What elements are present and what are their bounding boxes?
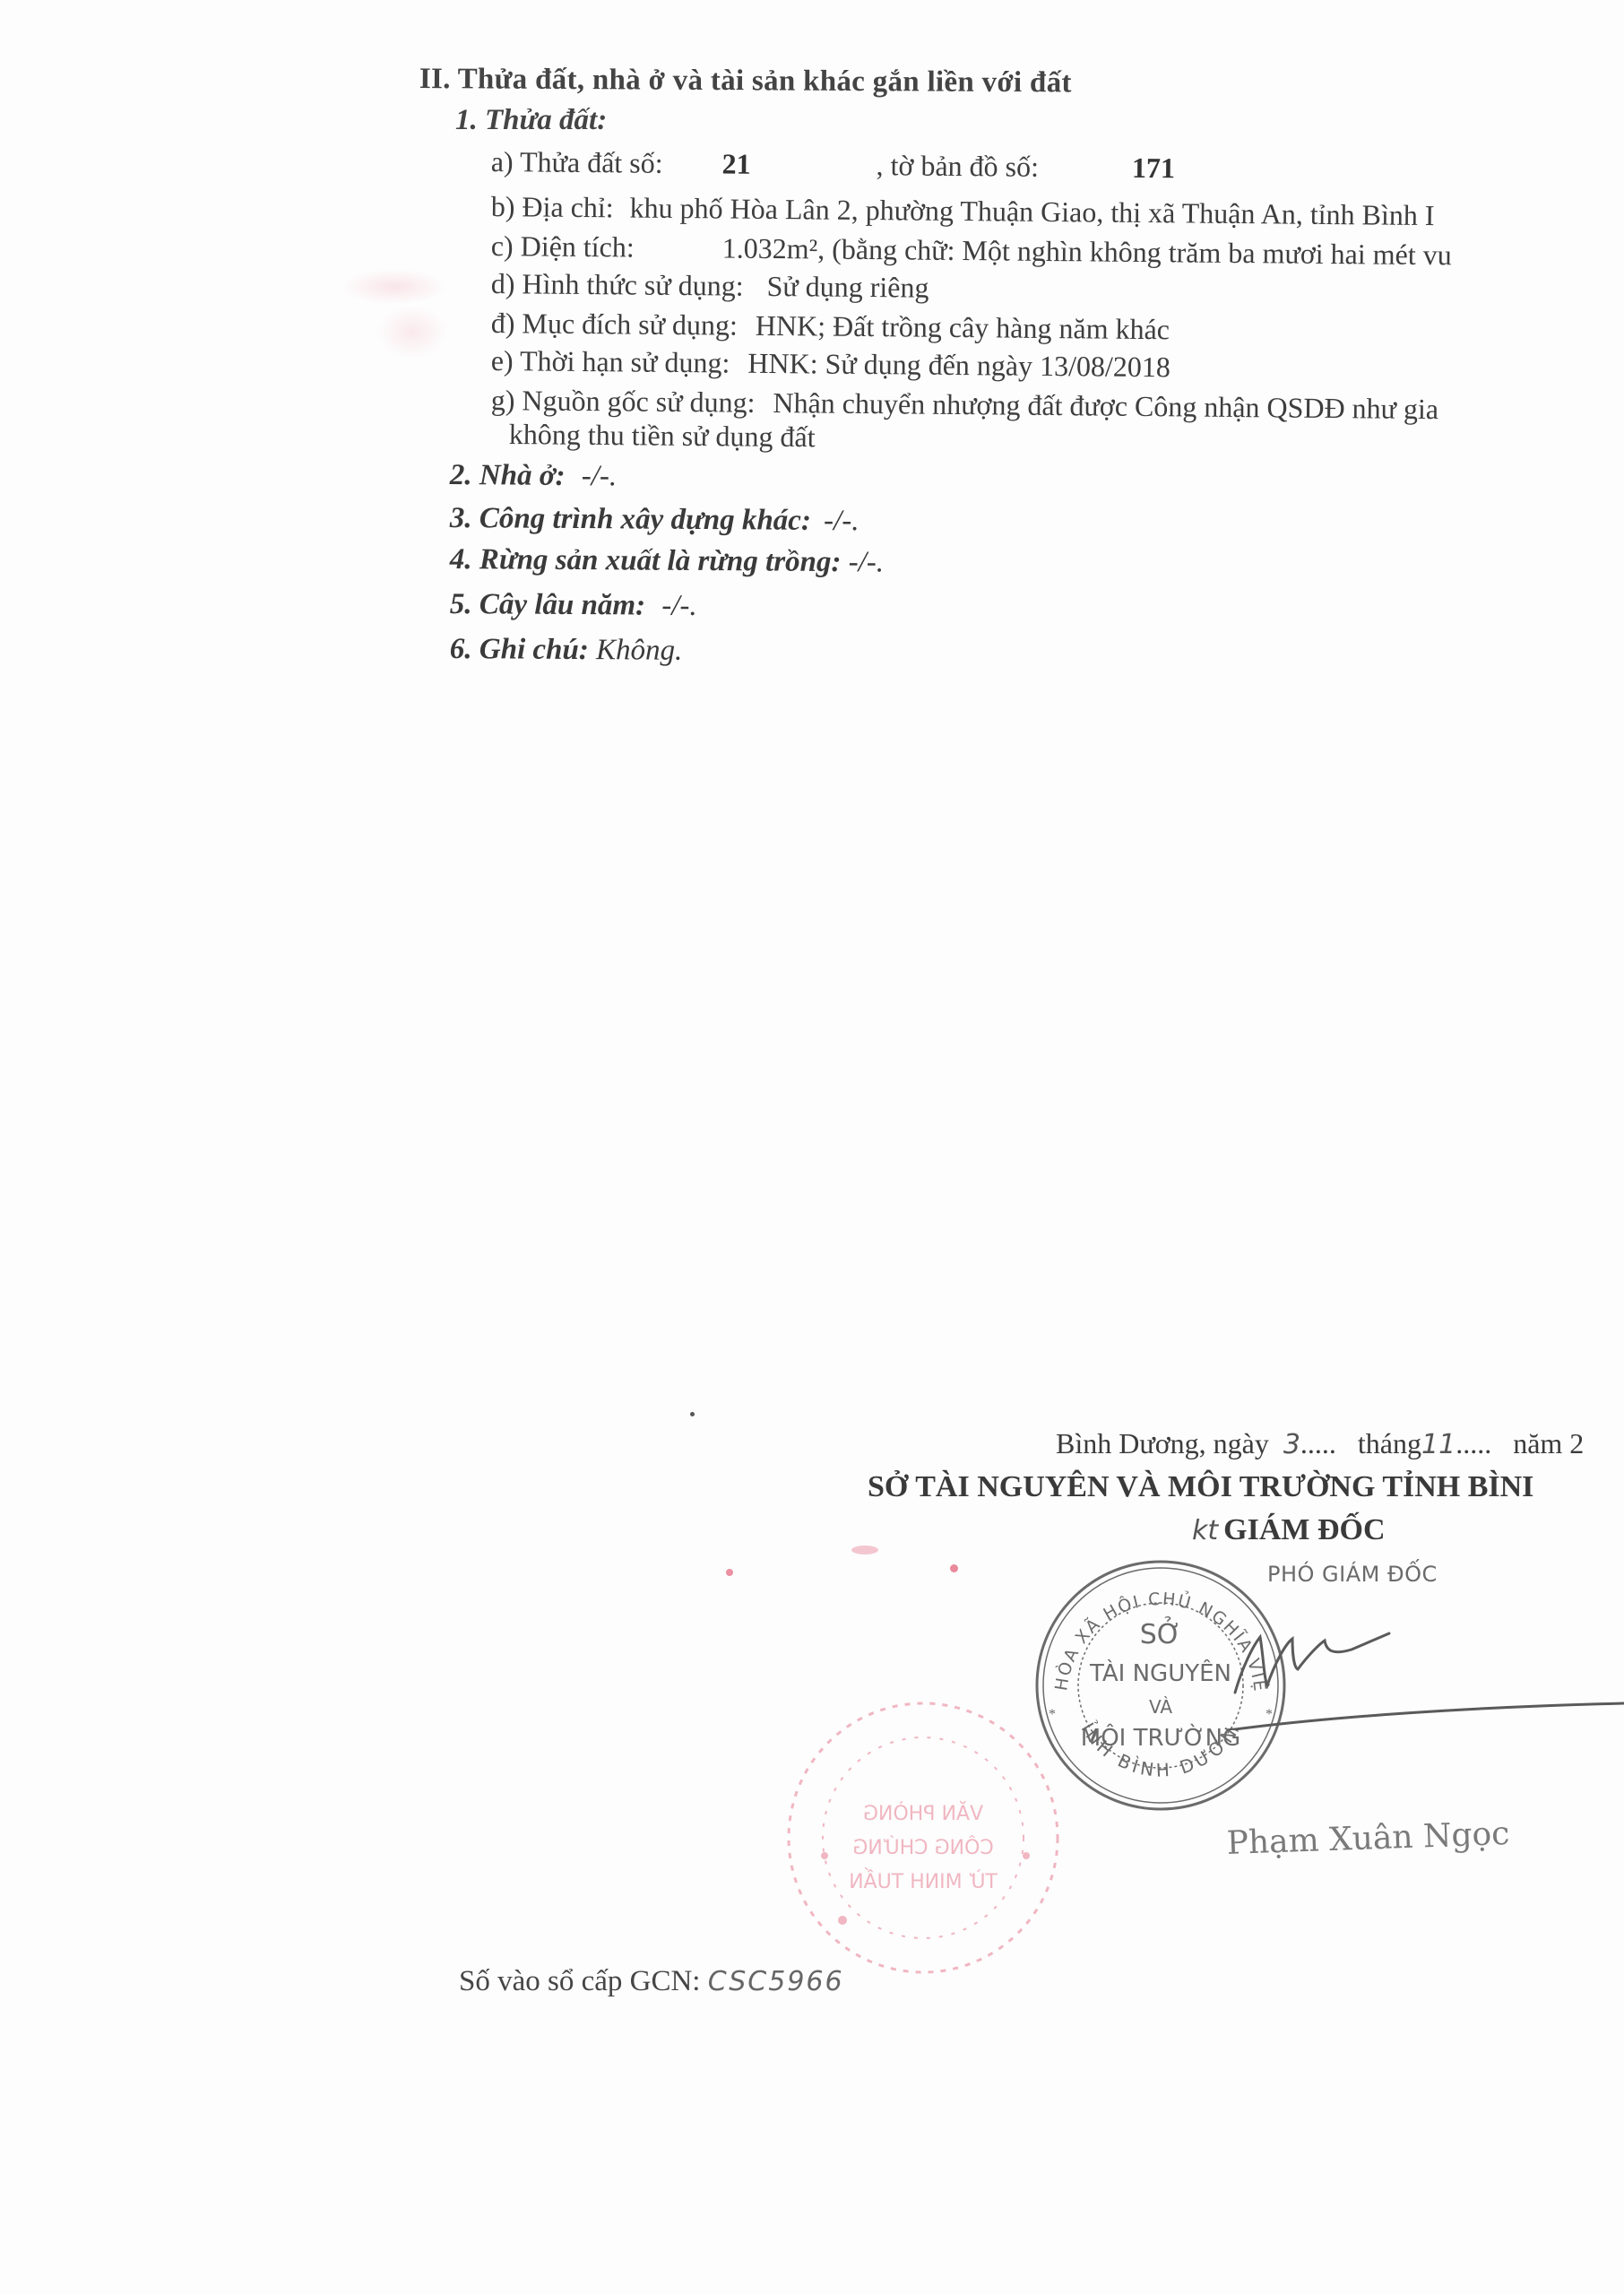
area-row: c) Diện tích: 1.032m², (bằng chữ: Một ng… [491,229,1452,272]
place-date-prefix: Bình Dương, ngày [1056,1427,1269,1459]
other-works-value: -/-. [824,505,860,537]
registry-label: Số vào sổ cấp GCN: [459,1965,700,1997]
ink-dot [851,1546,878,1555]
usage-purpose-label: đ) Mục đích sử dụng: [491,307,738,342]
svg-text:VĂN PHÒNG: VĂN PHÒNG [863,1801,983,1825]
other-works-label: 3. Công trình xây dựng khác: [450,502,811,537]
svg-text:*: * [1049,1707,1056,1722]
usage-purpose-row: đ) Mục đích sử dụng: HNK; Đất trồng cây … [491,307,1170,346]
month-label: tháng [1358,1427,1421,1459]
signer-title: GIÁM ĐỐC [1223,1513,1385,1546]
month-handwritten: 11 [1421,1429,1456,1460]
map-sheet-value: 171 [1132,152,1175,184]
land-parcel-heading: 1. Thửa đất: [455,104,607,137]
usage-origin-value: Nhận chuyển nhượng đất được Công nhận QS… [773,386,1438,425]
signer-name: Phạm Xuân Ngọc [1226,1815,1510,1862]
ink-dot [726,1569,733,1576]
day-dots: ..... [1300,1427,1336,1459]
ink-bleed-mark [341,269,448,305]
svg-text:TỪ MINH TUẤN: TỪ MINH TUẤN [849,1868,998,1893]
usage-origin-continuation: không thu tiền sử dụng đất [509,418,816,454]
svg-text:VÀ: VÀ [1149,1696,1172,1718]
land-certificate-page: II. Thửa đất, nhà ở và tài sản khác gắn … [0,0,1624,2295]
year-label: năm 2 [1513,1427,1584,1459]
section-title: II. Thửa đất, nhà ở và tài sản khác gắn … [419,63,1072,100]
month-dots: ..... [1456,1427,1491,1459]
perennial-value: -/-. [661,590,697,622]
svg-text:SỞ: SỞ [1140,1615,1181,1650]
scan-dot [690,1412,695,1416]
place-date-line: Bình Dương, ngày 3..... tháng11..... năm… [1056,1427,1584,1460]
usage-purpose-value: HNK; Đất trồng cây hàng năm khác [756,309,1170,345]
usage-term-value: HNK: Sử dụng đến ngày 13/08/2018 [747,347,1170,384]
area-label: c) Diện tích: [491,229,635,264]
issuing-organization: SỞ TÀI NGUYÊN VÀ MÔI TRƯỜNG TỈNH BÌNI [868,1470,1533,1504]
title-handwritten-prefix: kt [1192,1515,1218,1546]
map-sheet-label: , tờ bản đồ số: [876,149,1039,183]
usage-term-label: e) Thời hạn sử dụng: [491,344,730,379]
other-works-row: 3. Công trình xây dựng khác: -/-. [450,502,860,538]
day-handwritten: 3 [1283,1429,1300,1460]
address-row: b) Địa chỉ: khu phố Hòa Lân 2, phường Th… [491,190,1435,232]
note-value: Không. [596,634,683,667]
parcel-number-row: a) Thửa đất số: 21 , tờ bản đồ số: 171 [491,145,1175,185]
ink-dot [950,1564,958,1572]
area-value: 1.032m², (bằng chữ: Một nghìn không trăm… [722,231,1452,271]
parcel-number-label: a) Thửa đất số: [491,145,663,179]
ink-bleed-mark [376,305,448,359]
address-label: b) Địa chỉ: [491,190,614,223]
perennial-row: 5. Cây lâu năm: -/-. [450,588,697,623]
perennial-label: 5. Cây lâu năm: [450,588,645,622]
registry-number: CSC5966 [708,1966,844,1997]
forest-label: 4. Rừng sản xuất là rừng trồng: [450,543,842,578]
address-value: khu phố Hòa Lân 2, phường Thuận Giao, th… [629,191,1434,231]
house-value: -/-. [582,460,618,492]
usage-form-label: d) Hình thức sử dụng: [491,267,744,302]
usage-term-row: e) Thời hạn sử dụng: HNK: Sử dụng đến ng… [491,344,1170,384]
house-label: 2. Nhà ở: [450,459,566,492]
usage-form-value: Sử dụng riêng [766,270,929,304]
svg-text:CÔNG CHỨNG: CÔNG CHỨNG [852,1836,993,1859]
house-row: 2. Nhà ở: -/-. [450,459,618,493]
handwritten-signature [1210,1605,1624,1730]
parcel-number-value: 21 [721,147,750,179]
usage-form-row: d) Hình thức sử dụng: Sử dụng riêng [491,267,929,305]
usage-origin-label: g) Nguồn gốc sử dụng: [491,384,756,419]
note-row: 6. Ghi chú: Không. [450,633,683,668]
forest-value: -/-. [849,546,885,578]
forest-row: 4. Rừng sản xuất là rừng trồng: -/-. [450,543,884,579]
certificate-registry-row: Số vào sổ cấp GCN: CSC5966 [459,1965,844,1998]
signer-title-row: ktGIÁM ĐỐC [1192,1513,1386,1547]
note-label: 6. Ghi chú: [450,633,589,666]
notary-stamp: VĂN PHÒNG CÔNG CHỨNG TỪ MINH TUẤN [771,1685,1075,1990]
signer-subtitle: PHÓ GIÁM ĐỐC [1267,1562,1438,1587]
